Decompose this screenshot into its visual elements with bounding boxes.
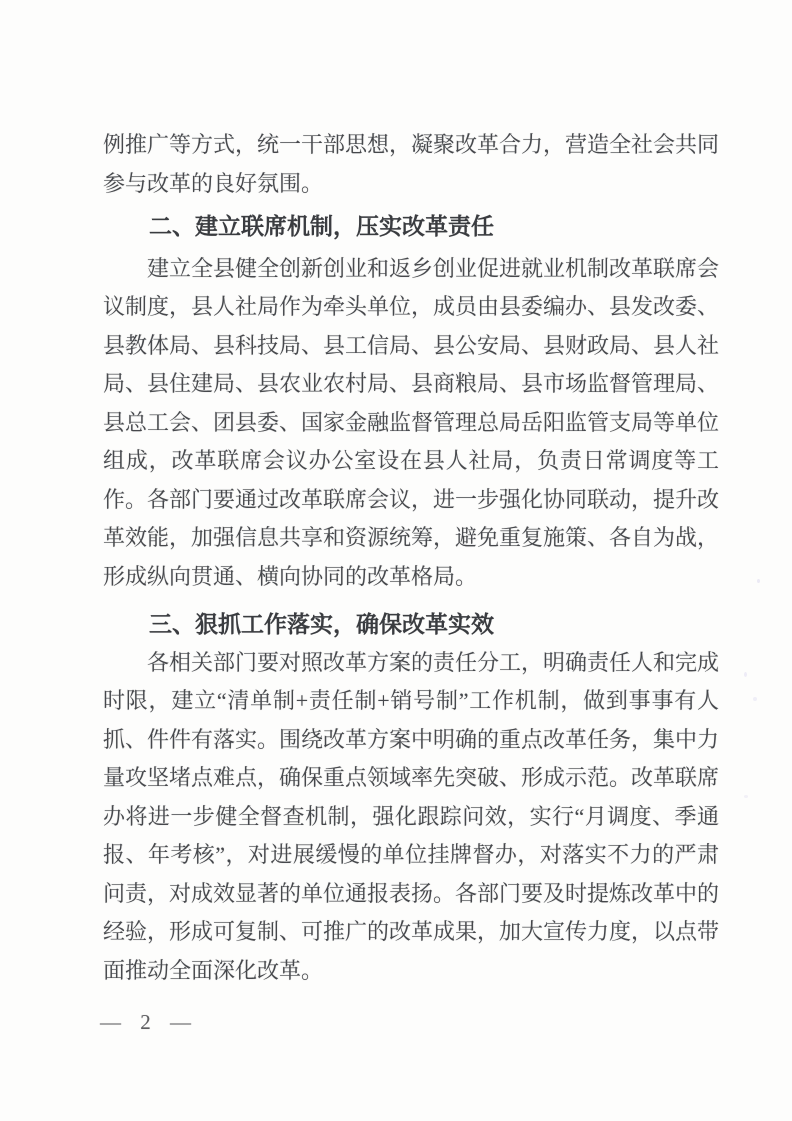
scan-artifact-speck (744, 672, 747, 677)
scan-artifact-speck (744, 795, 748, 798)
scan-artifact-speck (757, 579, 760, 583)
scan-artifact-speck (753, 697, 757, 701)
document-page: 例推广等方式，统一干部思想，凝聚改革合力，营造全社会共同参与改革的良好氛围。 二… (0, 0, 792, 1121)
section-heading-3: 三、狠抓工作落实，确保改革实效 (103, 605, 719, 644)
page-number: — 2 — (100, 1006, 198, 1038)
section-heading-2: 二、建立联席机制，压实改革责任 (103, 207, 719, 246)
paragraph-continuation: 例推广等方式，统一干部思想，凝聚改革合力，营造全社会共同参与改革的良好氛围。 (103, 126, 719, 203)
paragraph-section-2: 建立全县健全创新创业和返乡创业促进就业机制改革联席会议制度，县人社局作为牵头单位… (103, 250, 719, 597)
paragraph-section-3: 各相关部门要对照改革方案的责任分工，明确责任人和完成时限，建立“清单制+责任制+… (103, 644, 719, 991)
document-body: 例推广等方式，统一干部思想，凝聚改革合力，营造全社会共同参与改革的良好氛围。 二… (103, 126, 719, 990)
